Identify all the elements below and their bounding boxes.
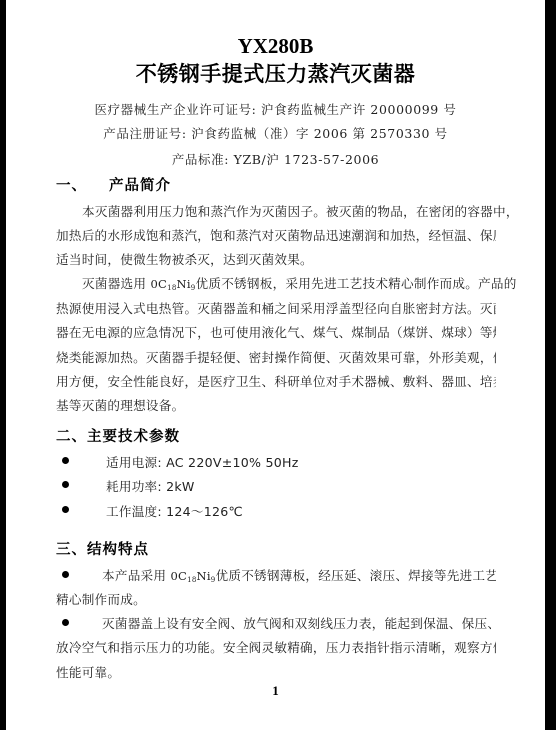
text-line: 热源使用浸入式电热管。灭菌器盖和桶之间采用浮盖型径向自胀密封方法。灭菌 bbox=[56, 298, 496, 317]
section-heading-intro: 一、产品简介 bbox=[56, 174, 171, 195]
bullet-icon bbox=[62, 619, 69, 626]
section-title: 产品简介 bbox=[109, 178, 171, 194]
spec-power-supply: 适用电源: AC 220V±10% 50Hz bbox=[106, 452, 546, 471]
document-title: 不锈钢手提式压力蒸汽灭菌器 bbox=[6, 58, 545, 88]
text-line: 本产品采用 0C18Ni9优质不锈钢薄板，经压延、滚压、焊接等先进工艺技术 bbox=[102, 565, 496, 584]
model-number: YX280B bbox=[6, 34, 545, 59]
section-title: 主要技术参数 bbox=[87, 429, 180, 445]
text-line: 本灭菌器利用压力饱和蒸汽作为灭菌因子。被灭菌的物品，在密闭的容器中， bbox=[56, 201, 522, 220]
bullet-icon bbox=[62, 481, 69, 488]
bullet-icon bbox=[62, 457, 69, 464]
document-page: YX280B 不锈钢手提式压力蒸汽灭菌器 医疗器械生产企业许可证号: 沪食药监械… bbox=[6, 0, 545, 730]
text-fragment: 优质不锈钢板，采用先进工艺技术精心制作而成。产品的 bbox=[196, 276, 517, 291]
bullet-icon bbox=[62, 506, 69, 513]
text-fragment: 灭菌器选用 bbox=[82, 276, 150, 291]
section-title: 结构特点 bbox=[87, 542, 149, 558]
material-code: 0C18Ni9 bbox=[150, 277, 195, 291]
section-number: 三、 bbox=[56, 538, 87, 559]
text-line: 精心制作而成。 bbox=[56, 589, 496, 608]
text-line: 基等灭菌的理想设备。 bbox=[56, 395, 496, 414]
spec-power-consumption: 耗用功率: 2kW bbox=[106, 476, 546, 495]
text-line: 放冷空气和指示压力的功能。安全阀灵敏精确，压力表指针指示清晰，观察方便， bbox=[56, 637, 496, 656]
text-line: 加热后的水形成饱和蒸汽，饱和蒸汽对灭菌物品迅速潮润和加热，经恒温、保压 bbox=[56, 225, 496, 244]
spec-working-temperature: 工作温度: 124～126℃ bbox=[106, 501, 546, 520]
text-line: 灭菌器盖上设有安全阀、放气阀和双刻线压力表，能起到保温、保压、排 bbox=[102, 613, 496, 632]
text-line: 性能可靠。 bbox=[56, 662, 496, 681]
section-heading-specs: 二、主要技术参数 bbox=[56, 425, 180, 446]
section-number: 二、 bbox=[56, 425, 87, 446]
material-code: 0C18Ni9 bbox=[170, 569, 215, 583]
text-line: 适当时间，使微生物被杀灭，达到灭菌效果。 bbox=[56, 249, 496, 268]
text-line: 烧类能源加热。灭菌器手提轻便、密封操作简便、灭菌效果可靠，外形美观，使 bbox=[56, 347, 496, 366]
manufacturing-license: 医疗器械生产企业许可证号: 沪食药监械生产许 20000099 号 bbox=[6, 100, 545, 118]
section-heading-structure: 三、结构特点 bbox=[56, 538, 149, 559]
product-standard: 产品标准: YZB/沪 1723-57-2006 bbox=[6, 150, 545, 168]
section-number: 一、 bbox=[56, 174, 87, 195]
text-line: 用方便，安全性能良好，是医疗卫生、科研单位对手术器械、敷料、器皿、培养 bbox=[56, 371, 496, 390]
page-number: 1 bbox=[6, 683, 545, 699]
text-line: 器在无电源的应急情况下，也可使用液化气、煤气、煤制品（煤饼、煤球）等燃 bbox=[56, 322, 496, 341]
text-fragment: 优质不锈钢薄板，经压延、滚压、焊接等先进工艺技术 bbox=[216, 568, 497, 583]
bullet-icon bbox=[62, 571, 69, 578]
text-fragment: 本产品采用 bbox=[102, 568, 170, 583]
registration-number: 产品注册证号: 沪食药监械（准）字 2006 第 2570330 号 bbox=[6, 124, 545, 142]
text-line: 灭菌器选用 0C18Ni9优质不锈钢板，采用先进工艺技术精心制作而成。产品的 bbox=[56, 273, 522, 292]
